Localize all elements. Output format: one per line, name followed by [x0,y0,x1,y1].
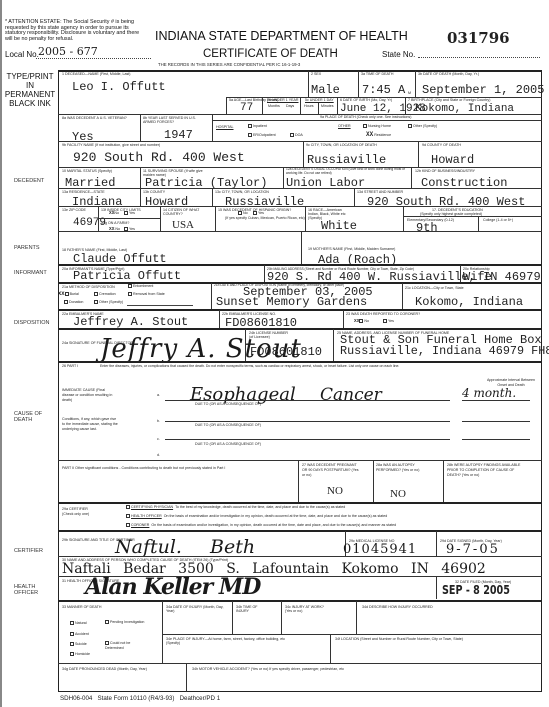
checkbox-label: Burial [70,292,79,296]
f33-undetermined[interactable]: Could not be Determined [105,641,145,650]
checkbox-description: To the best of my knowledge, death occur… [175,505,345,509]
f9a-inpatient[interactable]: Inpatient [248,124,267,129]
divider [301,231,302,264]
f19-label: 19 MOTHER'S NAME (First, Middle, Maiden … [308,247,395,251]
attention-notice: * ATTENTION ESTATE: The Social Security … [5,20,147,42]
divider [343,310,344,328]
f8a-label: 8a WAS DECEDENT A U.S. VETERAN? [62,116,132,120]
checkbox-label: Removal from State [133,292,165,296]
f29c-value: 01045941 [343,542,417,557]
f26-label: 26 PART I [62,364,78,368]
divider [232,601,233,634]
checkbox-label: Entombment [133,284,153,288]
checkbox[interactable] [128,292,132,296]
checkbox[interactable] [124,211,128,215]
f34e-label: 34e PLACE OF INJURY—At home, farm, stree… [166,637,294,645]
f5c-minutes: Minutes [321,104,334,108]
checkbox[interactable] [70,632,74,636]
f33-suicide[interactable]: Suicide [70,642,87,647]
f31-signature: Alan Keller MD [85,574,260,600]
f9a-doa[interactable]: DOA [290,133,303,138]
checkbox[interactable] [126,523,130,527]
f21a-removal[interactable]: Removal from State [128,292,165,297]
checkbox-label: Natural [75,621,87,625]
f26-a: a. [157,393,160,397]
divider [58,556,542,557]
f9c-label: 9c CITY, TOWN, OR LOCATION OF DEATH [306,143,377,147]
f29a-coroner[interactable]: CORONER On the basis of examination and/… [126,523,396,528]
f28a-value: NO [390,488,406,501]
f13f-no[interactable]: XXNo [109,211,119,216]
f13c-label: 13c CITY, TOWN, OR LOCATION [215,190,269,194]
f9a-label: 9a PLACE OF DEATH (Check only one. See i… [320,115,411,119]
form-subtitle: CERTIFICATE OF DEATH [203,48,338,60]
f34d-label: 34d DESCRIBE HOW INJURY OCCURRED [362,605,433,609]
f21a-other-line [127,305,193,306]
divider [308,71,309,97]
checkbox[interactable] [126,505,130,509]
f21c-label: 21c LOCATION—City or Town, State [405,286,464,290]
f23-no[interactable]: XXNo [354,319,369,324]
checkbox[interactable] [65,292,69,296]
f34f-label: 34f LOCATION (Street and Number or Rural… [335,637,463,641]
checkbox[interactable] [70,652,74,656]
f9a-nursing[interactable]: Nursing Home [363,124,391,129]
f26-a-value-2: Cancer [320,385,382,405]
f21a-entombment[interactable]: Entombment [128,284,153,289]
f29a-health-officer[interactable]: HEALTH OFFICER On the basis of examinati… [126,514,387,519]
checkbox[interactable] [408,124,412,128]
divider [330,634,331,663]
f13a-label: 13a RESIDENCE—STATE [62,190,105,194]
divider [281,601,282,634]
divider [58,141,542,142]
checkbox-label: No [114,211,119,215]
f13g-label: 13g ON A FARM? [101,221,129,225]
divider [403,206,404,231]
divider [140,167,141,188]
divider [58,231,542,232]
divider [358,71,359,97]
f33-natural[interactable]: Natural [70,621,87,626]
f1-value: Leo I. Offutt [72,81,166,94]
divider [212,114,213,141]
f3a-label: 3a TIME OF DEATH [361,72,393,76]
f10-label: 10 MARITAL STATUS (Specify) [62,169,112,173]
divider [283,167,284,188]
confidential-notice: THE RECORDS IN THIS SERIES ARE CONFIDENT… [158,63,300,67]
divider [58,328,542,330]
f34b-label: 34b TIME OF INJURY [236,605,266,613]
f28a-label: 28a WAS AN AUTOPSY PERFORMED? (Yes or no… [376,463,436,473]
divider [264,265,265,282]
checkbox-label: Nursing Home [368,124,391,128]
divider [58,600,542,602]
f25-value2: Russiaville, Indiana 46979 FH83006025 [340,345,549,358]
f33-pending[interactable]: Pending Investigation [105,620,145,625]
f13b-label: 13b COUNTY [143,190,165,194]
divider [186,663,187,692]
f9d-value: Howard [431,154,474,167]
divider [415,71,416,97]
f3a-value: 7:45 A [362,84,405,97]
f3a-suffix: M [408,91,411,95]
checkbox-label: Yes [129,211,135,215]
f26-d: d. [157,453,160,457]
checkbox[interactable] [105,620,109,624]
f23-yes[interactable]: Yes [383,319,394,324]
divider [58,114,542,115]
f7-label: 7 BIRTHPLACE (City and State or Foreign … [408,98,490,102]
f21b-value2: Sunset Memory Gardens [216,296,367,309]
f26-part2-label: PART II Other significant conditions - C… [62,466,225,470]
f9b-label: 9b FACILITY NAME (If not institution, gi… [62,143,160,147]
side-parents: PARENTS [14,245,40,251]
interval-line [462,421,530,422]
f23-label: 23 WAS DEATH REPORTED TO CORONER? [346,312,420,316]
checkbox-label: Residence [374,133,391,137]
f29b-signature: Naftul. Beth [115,536,255,558]
f21c-value: Kokomo, Indiana [415,296,523,309]
checkbox-label: Yes [258,211,264,215]
divider [405,97,406,114]
checkbox-label: Other (Specify) [413,124,437,128]
f32-value: SEP - 8 2005 [442,583,510,597]
f29a-label: 29a CERTIFIER (Check only one) [62,507,92,516]
checkbox-label: Cremation [99,292,116,296]
side-disposition: DISPOSITION [14,320,49,326]
checkbox-label: Homicide [75,652,90,656]
checkbox[interactable] [70,621,74,625]
form-title: INDIANA STATE DEPARTMENT OF HEALTH [155,29,408,43]
divider [58,663,542,664]
f9a-other-specify[interactable]: Other (Specify) [408,124,437,129]
checkbox-label: DOA [295,133,303,137]
f2-label: 2 SEX [311,72,321,76]
f1-label: 1 DECEASED—NAME (First, Middle, Last) [62,72,131,76]
divider [162,634,542,635]
divider [140,114,141,141]
f9a-other-label: OTHER [338,124,351,129]
f26-immediate-label: IMMEDIATE CAUSE (Final disease or condit… [62,388,117,403]
f3b-value: September 1, 2005 [422,84,544,97]
checkbox[interactable] [238,211,242,215]
checkbox[interactable] [248,133,252,137]
answer-line [165,400,450,401]
f9a-residence[interactable]: XX Residence [366,132,391,138]
divider [478,216,479,231]
divider [443,460,444,502]
f26-conditions-label: Conditions, if any, which gave rise to t… [62,417,120,432]
divider [436,577,437,599]
divider [436,531,437,556]
checkbox[interactable] [363,124,367,128]
checkbox-label: CORONER [131,523,149,527]
f26-due-to-a: DUE TO (OR AS A CONSEQUENCE OF) [195,402,261,406]
divider [58,206,542,207]
f15-note: (If yes specify Cuban, Mexican, Puerto R… [225,216,307,220]
checkbox[interactable] [94,300,98,304]
f13e-label: 13e ZIP CODE [62,208,86,212]
divider [411,167,412,188]
f13f-yes[interactable]: Yes [124,211,135,216]
side-certifier: CERTIFIER [14,548,43,554]
divider [460,265,461,282]
f21a-cremation[interactable]: Cremation [94,292,116,297]
f21a-label: 21a METHOD OF DISPOSITION [62,285,115,289]
divider [219,310,220,328]
divider [300,97,301,114]
f14-label: 14 CITIZEN OF WHAT COUNTRY? [163,208,201,216]
f34g-label: 34g DATE PRONOUNCED DEAD (Month, Day, Ye… [62,667,147,671]
checkbox-label: Accident [75,632,89,636]
f9a-hospital-label: HOSPITAL [216,125,234,130]
checkbox-label: No [364,319,369,323]
divider [318,103,319,114]
f26-a-interval: 4 month. [462,386,516,400]
side-informant: INFORMANT [14,270,47,276]
divider [226,97,227,114]
checkbox-label: Other (Specify) [99,300,123,304]
f9b-value: 920 South Rd. 400 West [73,151,245,164]
checkbox-description: On the basis of examination and/or inves… [164,514,388,518]
f26-b: b. [157,419,160,423]
divider [58,460,542,461]
f34h-label: 34h MOTOR VEHICLE ACCIDENT? (Yes or no) … [192,667,344,671]
side-health-officer: HEALTH OFFICER [14,584,38,596]
side-type-print: TYPE/PRINT IN PERMANENT BLACK INK [4,72,56,108]
local-no-dots [36,58,151,59]
checkbox-mark[interactable]: XX [366,131,373,138]
f8b-label: 8b YEAR LAST SERVED IN U.S. ARMED FORCES… [143,116,208,124]
checkbox[interactable] [383,319,387,323]
f9c-value: Russiaville [307,154,386,167]
f13d-label: 13d STREET AND NUMBER [357,190,403,194]
divider [354,188,355,206]
checkbox[interactable] [253,211,257,215]
f26-due-to-b: DUE TO (OR AS A CONSEQUENCE OF) [195,423,261,427]
f27-label: 27 WAS DECEDENT PREGNANT OR 90 DAYS POST… [302,463,362,477]
checkbox[interactable] [290,133,294,137]
f34a-label: 34a DATE OF INJURY (Month, Day, Year) [166,605,224,613]
f26-instructions: Enter the diseases, injuries, or complic… [100,364,420,369]
divider [98,218,160,219]
divider [58,309,542,311]
divider [333,329,334,361]
f21a-burial[interactable]: XXBurial [58,291,79,297]
divider [212,188,213,206]
f26-c: c. [157,437,160,441]
checkbox-label: Pending Investigation [110,620,144,624]
side-cause-of-death: CAUSE OF DEATH [14,411,42,423]
f27-value: NO [327,485,343,498]
local-no-label: Local No. [5,50,39,59]
interval-line [462,439,530,440]
checkbox[interactable] [126,514,130,518]
divider [403,216,542,217]
checkbox-label: CERTIFYING PHYSICIAN [131,505,173,509]
answer-line [165,439,450,440]
side-decedent: DECEDENT [14,178,44,184]
f29d-value: 9-7-05 [446,542,500,557]
divider [298,460,299,502]
f6-label: 6 DATE OF BIRTH (Mo, Day, Yr) [340,98,392,102]
divider [303,141,304,167]
f5c-hours: Hours [304,104,314,108]
checkbox-label: Donation [69,300,83,304]
divider [337,97,338,114]
divider [262,97,263,114]
state-no-dots [418,57,540,58]
checkbox-label: Suicide [75,642,87,646]
checkbox[interactable] [94,292,98,296]
divider [58,361,542,363]
checkbox-label: Inpatient [253,124,267,128]
checkbox[interactable] [105,641,109,645]
f9a-er[interactable]: ER/Outpatient [248,133,276,138]
f29a-physician[interactable]: CERTIFYING PHYSICIAN To the best of my k… [126,505,345,510]
f24b-value: FD08601810 [250,346,322,359]
divider [58,188,542,189]
divider [418,141,419,167]
divider [58,530,542,532]
checkbox-label: ER/Outpatient [253,133,276,137]
answer-line [165,421,450,422]
f2-value: Male [311,84,340,97]
divider [160,206,161,231]
divider [212,120,542,121]
f5b-label: 5b UNDER 1 YEAR [267,98,299,102]
f17-college-label: College (1-4 or 5+) [483,218,513,222]
checkbox-label: HEALTH OFFICER [131,514,162,518]
state-no-label: State No. [382,50,415,59]
checkbox[interactable] [64,300,68,304]
f5c-label: 5c UNDER 1 DAY [305,98,334,102]
divider [356,601,357,634]
f28b-label: 28b WERE AUTOPSY FINDINGS AVAILABLE PRIO… [447,463,522,477]
f26-due-to-c: DUE TO (OR AS A CONSEQUENCE OF) [195,442,261,446]
divider [402,283,403,309]
divider [58,502,542,504]
f34c-label: 34c INJURY AT WORK? (Yes or no) [285,605,330,613]
f21a-donation[interactable]: Donation [64,300,83,305]
f12b-label: 12b KIND OF BUSINESS/INDUSTRY [415,169,475,173]
checkbox-mark[interactable]: XX [58,290,65,297]
divider [373,460,374,502]
f21a-other[interactable]: Other (Specify) [94,300,123,305]
divider [162,601,163,663]
f33-label: 33 MANNER OF DEATH [62,605,101,609]
form-id-footer: SDH06-004 State Form 10110 (R4/3-93) Dea… [60,695,220,702]
f5b-months: Months [268,104,280,108]
divider [211,283,212,309]
interval-line [462,400,530,401]
scan-edge [0,0,2,707]
checkbox[interactable] [359,319,363,323]
divider [140,188,141,206]
f24b-label: 24b LICENSE NUMBER (of Licensee) [249,331,289,339]
f12a-label: 12a DECEDENT'S USUAL OCCUPATION (Give ki… [286,168,406,175]
certificate-number: 031796 [447,29,510,47]
local-no-value: 2005 - 677 [38,45,98,58]
checkbox[interactable] [248,124,252,128]
f3b-label: 3b DATE OF DEATH (Month, Day, Yr.) [418,72,479,76]
divider [215,206,216,231]
f17-elem-value: 9th [416,222,438,235]
checkbox-label: Yes [388,319,394,323]
checkbox-description: On the basis of examination and/or inves… [151,523,396,527]
divider [58,264,542,266]
f9d-label: 9d COUNTY OF DEATH [422,143,461,147]
f33-homicide[interactable]: Homicide [70,652,90,657]
checkbox[interactable] [128,284,132,288]
checkbox[interactable] [70,642,74,646]
checkbox-label: No [243,211,248,215]
f33-accident[interactable]: Accident [70,632,89,637]
f5b-days: Days [286,104,294,108]
divider [305,206,306,231]
divider [245,329,246,361]
